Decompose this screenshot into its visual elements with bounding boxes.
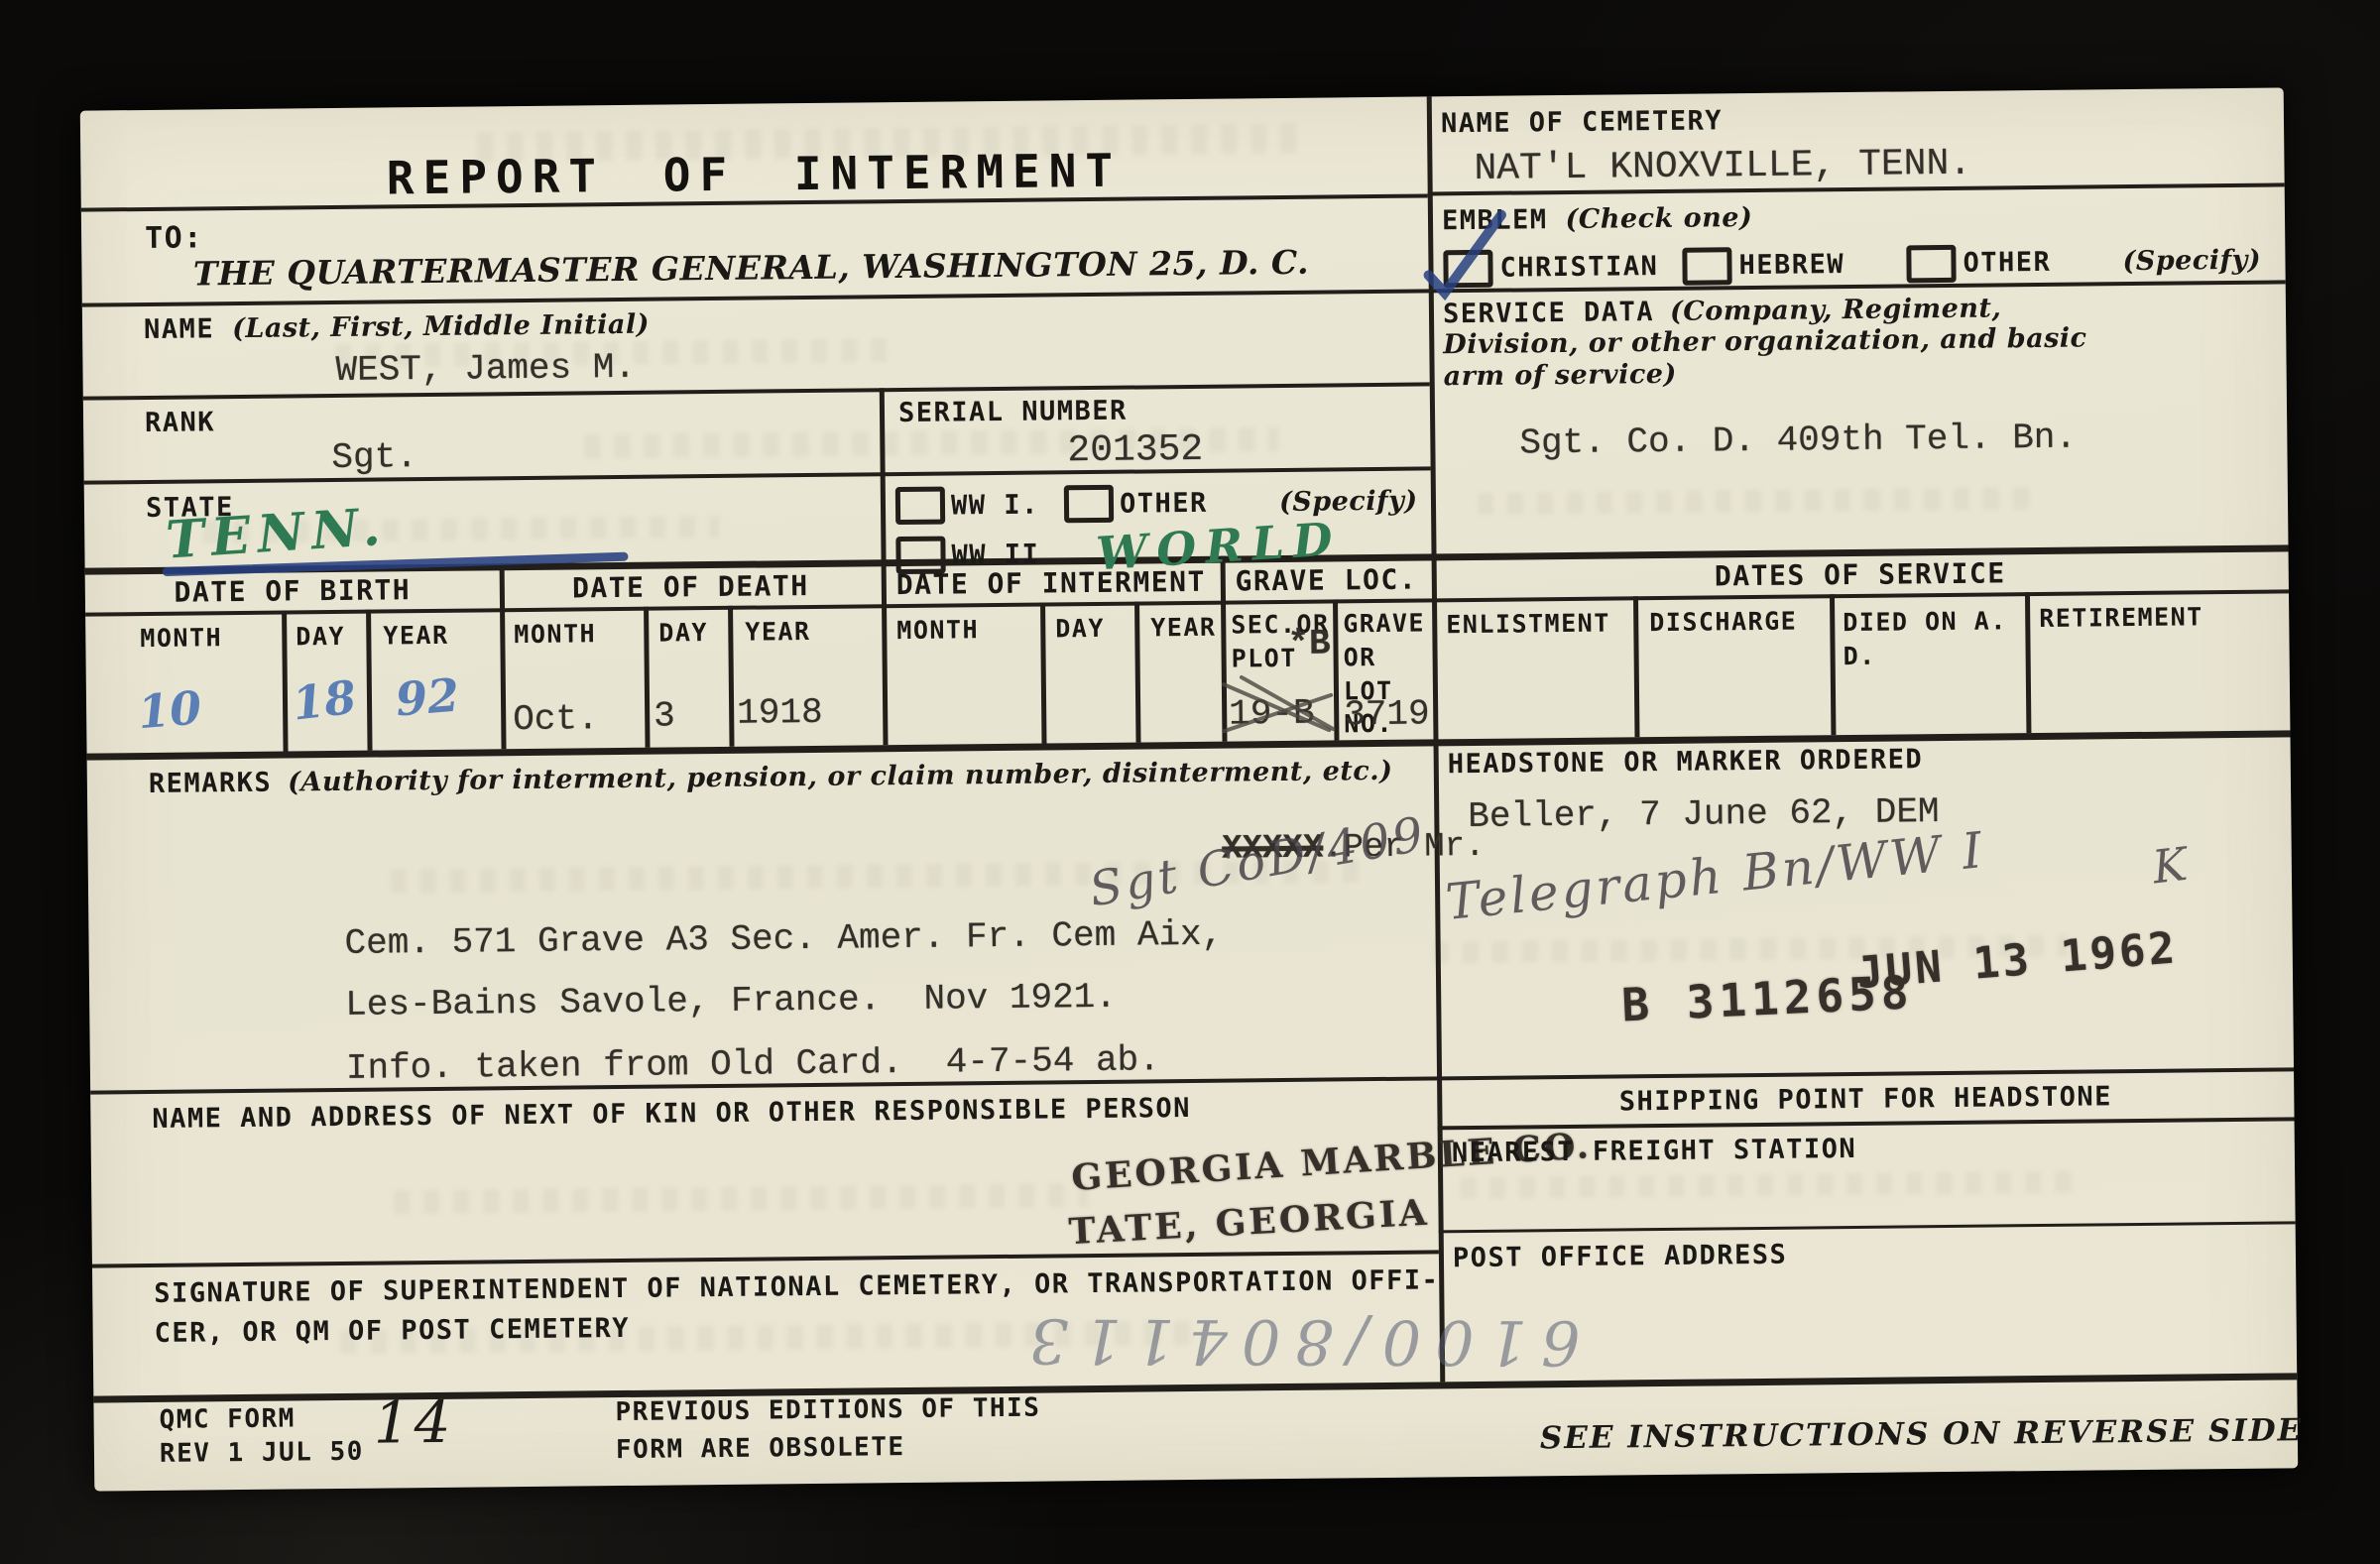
emblem-option-other-hint: (Specify)	[2122, 245, 2261, 277]
footer-instructions: SEE INSTRUCTIONS ON REVERSE SIDE	[1540, 1412, 2304, 1456]
birth-day-value: 18	[290, 670, 359, 731]
other-war-hint: (Specify)	[1279, 486, 1418, 518]
service-data-label: SERVICE DATA	[1443, 297, 1654, 329]
rule	[1439, 1221, 2296, 1233]
to-value: THE QUARTERMASTER GENERAL, WASHINGTON 25…	[141, 242, 1361, 294]
service-data-label-block: SERVICE DATA (Company, Regiment, Divisio…	[1443, 292, 2098, 392]
checkmark-icon	[1410, 202, 1520, 302]
died-on-ad-label: DIED ON A. D.	[1843, 604, 2014, 672]
emblem-hint: (Check one)	[1565, 202, 1752, 235]
service-data-value: Sgt. Co. D. 409th Tel. Bn.	[1519, 418, 2077, 464]
remarks-line1: Cem. 571 Grave A3 Sec. Amer. Fr. Cem Aix…	[344, 914, 1223, 964]
footer-form-line2: REV 1 JUL 50	[160, 1437, 364, 1469]
remarks-label: REMARKS	[149, 768, 273, 799]
rule	[1830, 594, 1836, 735]
rule	[83, 382, 1430, 400]
death-header: DATE OF DEATH	[500, 568, 882, 605]
rule	[1633, 596, 1639, 737]
footer-form-line1: QMC FORM	[159, 1403, 296, 1434]
kin-stamp-line2: TATE, GEORGIA	[1068, 1192, 1431, 1254]
rule	[366, 610, 372, 751]
bleed-through	[1460, 1171, 2075, 1199]
interment-header: DATE OF INTERMENT	[882, 565, 1221, 602]
dates-of-service-header: DATES OF SERVICE	[1432, 553, 2289, 595]
checkbox-other-emblem	[1906, 245, 1956, 284]
name-label: NAME	[144, 313, 214, 345]
footer-obsolete-line1: PREVIOUS EDITIONS OF THIS	[615, 1393, 1040, 1427]
footer-form-number: 14	[373, 1388, 455, 1457]
interment-report-card: REPORT OF INTERMENT TO: THE QUARTERMASTE…	[80, 87, 2298, 1491]
discharge-label: DISCHARGE	[1649, 607, 1797, 638]
death-year-label: YEAR	[745, 617, 811, 647]
upside-down-written-number: 6100/804113	[648, 1257, 1580, 1379]
death-year-value: 1918	[737, 692, 823, 734]
rule	[1040, 603, 1046, 744]
interment-day-label: DAY	[1055, 614, 1105, 644]
birth-header: DATE OF BIRTH	[85, 572, 500, 609]
enlistment-label: ENLISTMENT	[1446, 609, 1610, 640]
rank-label: RANK	[145, 407, 215, 438]
cemetery-label: NAME OF CEMETERY	[1441, 105, 1723, 139]
emblem-option-christian: CHRISTIAN	[1499, 251, 1658, 284]
grave-lot-value: 3719	[1344, 693, 1430, 735]
signature-label-line2: CER, OR QM OF POST CEMETERY	[155, 1313, 631, 1349]
rule	[84, 466, 1431, 484]
rule	[87, 730, 2291, 760]
birth-month-value: 10	[136, 680, 203, 739]
stamp-date: JUN 13 1962	[1854, 922, 2179, 999]
headstone-initial: K	[2150, 837, 2190, 895]
interment-year-label: YEAR	[1150, 613, 1217, 643]
rule	[282, 611, 288, 752]
remarks-line3: Info. taken from Old Card. 4-7-54 ab.	[346, 1039, 1160, 1089]
name-label-row: NAME (Last, First, Middle Initial)	[144, 309, 650, 345]
emblem-option-hebrew: HEBREW	[1738, 249, 1844, 281]
interment-month-label: MONTH	[896, 615, 979, 645]
to-label: TO:	[145, 220, 203, 256]
name-value: WEST, James M.	[335, 347, 636, 391]
rule	[1134, 602, 1140, 743]
shipping-header: SHIPPING POINT FOR HEADSTONE	[1437, 1079, 2294, 1119]
cemetery-value: NAT'L KNOXVILLE, TENN.	[1474, 143, 1971, 190]
other-war-label: OTHER	[1120, 488, 1208, 520]
scanned-document-scene: REPORT OF INTERMENT TO: THE QUARTERMASTE…	[0, 0, 2380, 1564]
ww1-label: WW I.	[951, 490, 1039, 522]
rule	[644, 607, 650, 748]
freight-label: NEAREST FREIGHT STATION	[1452, 1134, 1857, 1168]
death-month-value: Oct.	[513, 698, 599, 740]
rule	[728, 606, 734, 747]
death-month-label: MONTH	[514, 619, 596, 649]
headstone-pencil-note: Telegraph Bn/WW I	[1443, 821, 1987, 931]
birth-year-value: 92	[394, 668, 461, 727]
retirement-label: RETIREMENT	[2039, 602, 2203, 633]
grave-loc-header: GRAVE LOC.	[1221, 562, 1432, 597]
birth-month-label: MONTH	[140, 623, 222, 653]
emblem-option-other: OTHER	[1963, 247, 2051, 279]
headstone-typed: Beller, 7 June 62, DEM	[1468, 791, 1940, 837]
bleed-through	[394, 1183, 1088, 1214]
grave-sec-typed: *B	[1287, 623, 1331, 663]
checkbox-ww1	[895, 487, 945, 526]
footer-obsolete-line2: FORM ARE OBSOLETE	[616, 1432, 905, 1465]
serial-number-label: SERIAL NUMBER	[898, 396, 1128, 428]
state-value-handwritten: TENN.	[165, 497, 390, 571]
headstone-label: HEADSTONE OR MARKER ORDERED	[1448, 744, 1924, 780]
checkbox-other-war	[1064, 485, 1114, 524]
checkbox-hebrew	[1682, 247, 1731, 286]
bleed-through	[1478, 487, 2033, 515]
rule	[2025, 592, 2031, 733]
birth-year-label: YEAR	[383, 621, 449, 651]
name-hint: (Last, First, Middle Initial)	[232, 309, 650, 344]
birth-day-label: DAY	[296, 622, 345, 652]
death-day-label: DAY	[658, 618, 708, 648]
kin-label: NAME AND ADDRESS OF NEXT OF KIN OR OTHER…	[152, 1093, 1191, 1135]
remarks-line2: Les-Bains Savole, France. Nov 1921.	[345, 977, 1117, 1025]
remarks-hint: (Authority for interment, pension, or cl…	[288, 756, 1393, 798]
death-day-value: 3	[654, 695, 675, 736]
serial-number-value: 201352	[1067, 428, 1203, 472]
rank-value: Sgt.	[331, 436, 417, 478]
